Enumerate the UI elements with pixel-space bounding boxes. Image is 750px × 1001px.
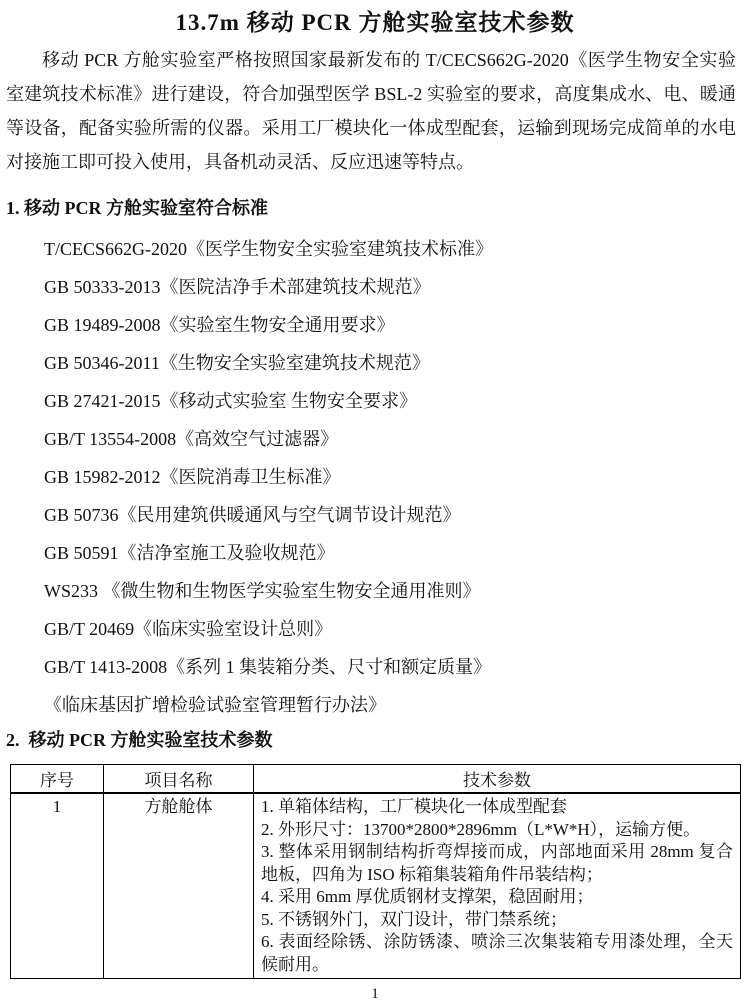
list-item: GB 50591《洁净室施工及验收规范》 xyxy=(0,534,750,572)
section-2-heading: 2. 移动 PCR 方舱实验室技术参数 xyxy=(6,726,736,754)
list-item: GB/T 13554-2008《高效空气过滤器》 xyxy=(0,420,750,458)
column-header-no: 序号 xyxy=(11,765,104,794)
parameters-table: 序号 项目名称 技术参数 1 方舱舱体 1. 单箱体结构，工厂模块化一体成型配套… xyxy=(10,764,741,979)
cell-tech-params: 1. 单箱体结构，工厂模块化一体成型配套 2. 外形尺寸：13700*2800*… xyxy=(254,793,741,979)
list-item: GB/T 1413-2008《系列 1 集装箱分类、尺寸和额定质量》 xyxy=(0,648,750,686)
param-line: 2. 外形尺寸：13700*2800*2896mm（L*W*H），运输方便。 xyxy=(261,819,733,842)
list-item: T/CECS662G-2020《医学生物安全实验室建筑技术标准》 xyxy=(0,230,750,268)
column-header-name: 项目名称 xyxy=(104,765,254,794)
cell-row-number: 1 xyxy=(11,793,104,979)
list-item: GB 50346-2011《生物安全实验室建筑技术规范》 xyxy=(0,344,750,382)
column-header-params: 技术参数 xyxy=(254,765,741,794)
param-line: 3. 整体采用钢制结构折弯焊接而成，内部地面采用 28mm 复合地板，四角为 I… xyxy=(261,841,733,886)
list-item: 《临床基因扩增检验试验室管理暂行办法》 xyxy=(0,686,750,724)
list-item: GB 50736《民用建筑供暖通风与空气调节设计规范》 xyxy=(0,496,750,534)
list-item: GB 27421-2015《移动式实验室 生物安全要求》 xyxy=(0,382,750,420)
page-number: 1 xyxy=(0,985,750,1001)
table-row: 1 方舱舱体 1. 单箱体结构，工厂模块化一体成型配套 2. 外形尺寸：1370… xyxy=(11,793,741,979)
list-item: GB/T 20469《临床实验室设计总则》 xyxy=(0,610,750,648)
list-item: GB 50333-2013《医院洁净手术部建筑技术规范》 xyxy=(0,268,750,306)
document-page: 13.7m 移动 PCR 方舱实验室技术参数 移动 PCR 方舱实验室严格按照国… xyxy=(0,0,750,1001)
list-item: GB 15982-2012《医院消毒卫生标准》 xyxy=(0,458,750,496)
list-item: GB 19489-2008《实验室生物安全通用要求》 xyxy=(0,306,750,344)
param-line: 6. 表面经除锈、涂防锈漆、喷涂三次集装箱专用漆处理，全天候耐用。 xyxy=(261,931,733,976)
param-line: 5. 不锈钢外门，双门设计，带门禁系统； xyxy=(261,909,733,932)
page-title: 13.7m 移动 PCR 方舱实验室技术参数 xyxy=(0,0,750,39)
param-line: 4. 采用 6mm 厚优质钢材支撑架，稳固耐用； xyxy=(261,886,733,909)
cell-item-name: 方舱舱体 xyxy=(104,793,254,979)
param-line: 1. 单箱体结构，工厂模块化一体成型配套 xyxy=(261,796,733,819)
list-item: WS233 《微生物和生物医学实验室生物安全通用准则》 xyxy=(0,572,750,610)
table-header-row: 序号 项目名称 技术参数 xyxy=(11,765,741,794)
section-1-heading: 1. 移动 PCR 方舱实验室符合标准 xyxy=(6,195,736,221)
intro-paragraph: 移动 PCR 方舱实验室严格按照国家最新发布的 T/CECS662G-2020《… xyxy=(6,43,736,179)
standards-list: T/CECS662G-2020《医学生物安全实验室建筑技术标准》 GB 5033… xyxy=(0,230,750,724)
